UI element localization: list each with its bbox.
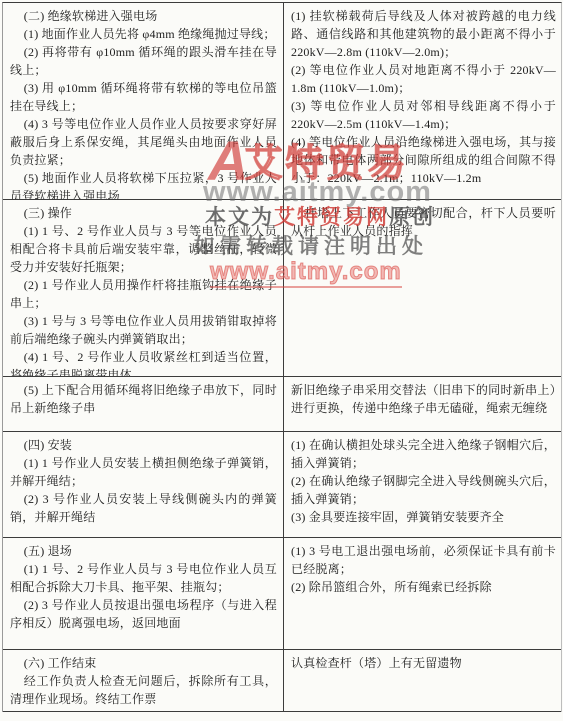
section-heading: (四) 安装	[10, 436, 277, 454]
section-heading: (三) 操作	[10, 204, 277, 222]
requirement-item: (2) 除吊篮组合外，所有绳索已经拆除	[291, 578, 556, 596]
section-heading: (二) 绝缘软梯进入强电场	[10, 7, 277, 25]
procedure-item: (1) 1 号作业人员安装上横担侧绝缘子弹簧销，并解开绳结；	[10, 454, 277, 490]
table-row: (三) 操作 (1) 1 号、2 号作业人员与 3 号等电位作业人员相配合将卡具…	[3, 200, 561, 377]
procedure-item: (1) 地面作业人员先将 φ4mm 绝缘绳抛过导线；	[10, 25, 277, 43]
procedure-cell: (六) 工作结束 经工作负责人检查无问题后，拆除所有工具，清理作业现场。终结工作…	[3, 650, 284, 711]
procedure-item: (5) 地面作业人员将软梯下压拉紧，3 号作业人员登软梯进入强电场	[10, 169, 277, 199]
requirement-item: (3) 金具要连接牢固，弹簧销安装要齐全	[291, 508, 556, 526]
procedure-table: (二) 绝缘软梯进入强电场 (1) 地面作业人员先将 φ4mm 绝缘绳抛过导线；…	[2, 2, 562, 712]
procedure-item: (2) 再将带有 φ10mm 循环绳的跟头滑车挂在导线上；	[10, 43, 277, 79]
table-row: (四) 安装 (1) 1 号作业人员安装上横担侧绝缘子弹簧销，并解开绳结； (2…	[3, 432, 561, 538]
requirement-cell: (1) 3 号电工退出强电场前，必须保证卡具有前卡已经脱离； (2) 除吊篮组合…	[284, 538, 561, 649]
table-row: (六) 工作结束 经工作负责人检查无问题后，拆除所有工具，清理作业现场。终结工作…	[3, 650, 561, 712]
requirement-item: (1) 挂软梯载荷后导线及人体对被跨越的电力线路、通信线路和其他建筑物的最小距离…	[291, 7, 556, 61]
requirement-cell: 新旧绝缘子串采用交替法（旧串下的同时新串上）进行更换，传递中绝缘子串无磕碰，绳索…	[284, 377, 561, 431]
table-row: (五) 退场 (1) 1 号、2 号作业人员与 3 号电位作业人员互相配合拆除大…	[3, 538, 561, 650]
requirement-item: (1) 3 号电工退出强电场前，必须保证卡具有前卡已经脱离；	[291, 542, 556, 578]
requirement-item: (2) 在确认绝缘子钢脚完全进入导线侧碗头穴后，插入弹簧销；	[291, 472, 556, 508]
procedure-item: (3) 1 号与 3 号等电位作业人员用拔销钳取掉将前后端绝缘子碗头内弹簧销取出…	[10, 312, 277, 348]
requirement-item: (1) 在确认横担处球头完全进入绝缘子钢帽穴后，插入弹簧销；	[291, 436, 556, 472]
requirement-item: (4) 等电位作业人员沿绝缘梯进入强电场，其与接地体和带电体两部分间隙所组成的组…	[291, 133, 556, 187]
procedure-item: 经工作负责人检查无问题后，拆除所有工具，清理作业现场。终结工作票	[10, 672, 277, 708]
procedure-cell: (二) 绝缘软梯进入强电场 (1) 地面作业人员先将 φ4mm 绝缘绳抛过导线；…	[3, 3, 284, 199]
requirement-cell: 认真检查杆（塔）上有无留遗物	[284, 650, 561, 711]
requirement-note: 新旧绝缘子串采用交替法（旧串下的同时新串上）进行更换，传递中绝缘子串无磕碰，绳索…	[291, 381, 556, 417]
requirement-note: 杆塔上下工作人员要密切配合，杆下人员要听从杆上作业人员的指挥	[291, 204, 556, 240]
table-row: (5) 上下配合用循环绳将旧绝缘子串放下，同时吊上新绝缘子串 新旧绝缘子串采用交…	[3, 377, 561, 432]
requirement-cell: 杆塔上下工作人员要密切配合，杆下人员要听从杆上作业人员的指挥	[284, 200, 561, 376]
procedure-item: (4) 3 号等电位作业人员作业人员按要求穿好屏蔽服后身上系保安绳，其尾绳头由地…	[10, 115, 277, 169]
requirement-item: (3) 等电位作业人员对邻相导线距离不得小于 220kV—2.5m (110kV…	[291, 97, 556, 133]
requirement-cell: (1) 挂软梯载荷后导线及人体对被跨越的电力线路、通信线路和其他建筑物的最小距离…	[284, 3, 561, 199]
procedure-item: (3) 用 φ10mm 循环绳将带有软梯的等电位吊篮挂在导线上；	[10, 79, 277, 115]
procedure-item: (1) 1 号、2 号作业人员与 3 号等电位作业人员相配合将卡具前后端安装牢靠…	[10, 222, 277, 276]
procedure-item: (2) 1 号作业人员用操作杆将挂瓶钩挂在绝缘子串上；	[10, 276, 277, 312]
requirement-note: 认真检查杆（塔）上有无留遗物	[291, 654, 556, 672]
section-heading: (六) 工作结束	[10, 654, 277, 672]
table-row: (二) 绝缘软梯进入强电场 (1) 地面作业人员先将 φ4mm 绝缘绳抛过导线；…	[3, 3, 561, 200]
procedure-item: (4) 1 号、2 号作业人员收紧丝杠到适当位置，将绝缘子串脱离带电体	[10, 348, 277, 376]
requirement-cell: (1) 在确认横担处球头完全进入绝缘子钢帽穴后，插入弹簧销； (2) 在确认绝缘…	[284, 432, 561, 537]
procedure-item: (1) 1 号、2 号作业人员与 3 号电位作业人员互相配合拆除大刀卡具、拖平架…	[10, 560, 277, 596]
procedure-cell: (四) 安装 (1) 1 号作业人员安装上横担侧绝缘子弹簧销，并解开绳结； (2…	[3, 432, 284, 537]
requirement-item: (2) 等电位作业人员对地距离不得小于 220kV—1.8m (110kV—1.…	[291, 61, 556, 97]
procedure-item: (2) 3 号作业人员按退出强电场程序（与进入程序相反）脱离强电场，返回地面	[10, 596, 277, 632]
procedure-cell: (三) 操作 (1) 1 号、2 号作业人员与 3 号等电位作业人员相配合将卡具…	[3, 200, 284, 376]
procedure-item: (2) 3 号作业人员安装上导线侧碗头内的弹簧销，并解开绳结	[10, 490, 277, 526]
section-heading: (五) 退场	[10, 542, 277, 560]
procedure-cell: (5) 上下配合用循环绳将旧绝缘子串放下，同时吊上新绝缘子串	[3, 377, 284, 431]
scanned-document-page: { "table": { "rows": [ { "left": [ "(二) …	[0, 0, 563, 721]
procedure-item: (5) 上下配合用循环绳将旧绝缘子串放下，同时吊上新绝缘子串	[10, 381, 277, 417]
procedure-cell: (五) 退场 (1) 1 号、2 号作业人员与 3 号电位作业人员互相配合拆除大…	[3, 538, 284, 649]
